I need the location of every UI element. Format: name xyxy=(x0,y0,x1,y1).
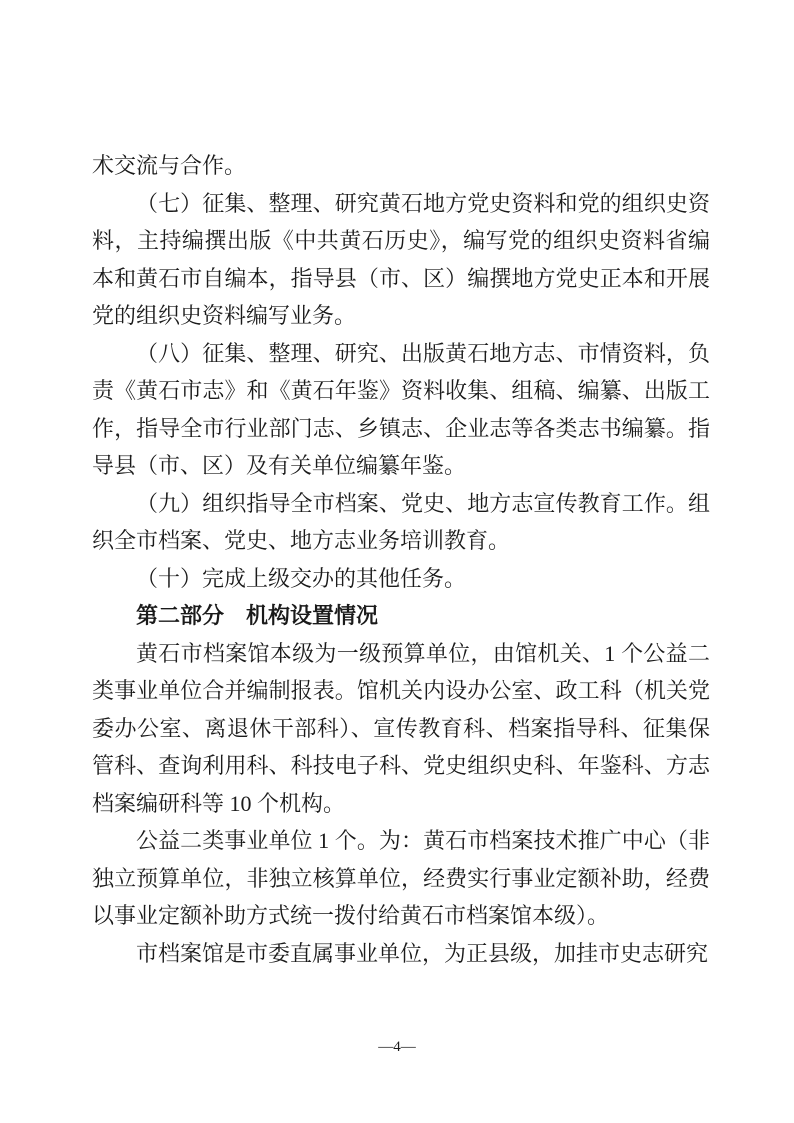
paragraph: （八）征集、整理、研究、出版黄石地方志、市情资料，负责《黄石市志》和《黄石年鉴》… xyxy=(92,335,710,485)
paragraph: 公益二类事业单位 1 个。为：黄石市档案技术推广中心（非独立预算单位，非独立核算… xyxy=(92,822,710,935)
document-page: 术交流与合作。（七）征集、整理、研究黄石地方党史资料和党的组织史资料，主持编撰出… xyxy=(0,0,794,1123)
paragraph: （九）组织指导全市档案、党史、地方志宣传教育工作。组织全市档案、党史、地方志业务… xyxy=(92,485,710,560)
page-footer: —4— xyxy=(0,1037,794,1057)
paragraph: （十）完成上级交办的其他任务。 xyxy=(92,560,710,598)
paragraph: 黄石市档案馆本级为一级预算单位，由馆机关、1 个公益二类事业单位合并编制报表。馆… xyxy=(92,635,710,823)
section-heading: 第二部分 机构设置情况 xyxy=(92,597,710,635)
page-number: —4— xyxy=(378,1039,416,1055)
paragraph: 市档案馆是市委直属事业单位，为正县级，加挂市史志研究 xyxy=(92,935,710,973)
paragraph: 术交流与合作。 xyxy=(92,147,710,185)
document-body: 术交流与合作。（七）征集、整理、研究黄石地方党史资料和党的组织史资料，主持编撰出… xyxy=(92,147,710,972)
paragraph: （七）征集、整理、研究黄石地方党史资料和党的组织史资料，主持编撰出版《中共黄石历… xyxy=(92,185,710,335)
